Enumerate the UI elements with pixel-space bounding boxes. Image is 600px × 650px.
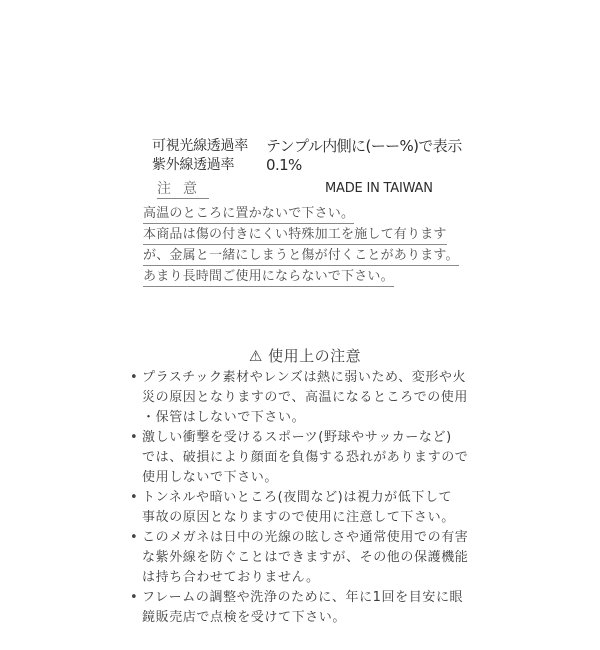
usage-warnings-title: ⚠ 使用上の注意 [130,345,480,366]
bullet-icon: • [130,488,142,528]
warning-item: • フレームの調整や洗浄のために、年に1回を目安に眼 鏡販売店で点検を受けて下さ… [130,588,480,628]
bullet-icon: • [130,428,142,488]
warning-triangle-icon: ⚠ [249,347,263,365]
caution-heading: 注意 [157,181,209,199]
caution-line: 本商品は傷の付きにくい特殊加工を施して有ります [143,225,447,245]
caution-line: あまり長時間ご使用にならないで下さい。 [143,267,394,287]
usage-warnings: ⚠ 使用上の注意 • プラスチック素材やレンズは熱に弱いため、変形や火 災の原因… [130,345,480,628]
caution-line: 高温のところに置かないで下さい。 [143,204,354,224]
bullet-icon: • [130,528,142,588]
warning-text: このメガネは日中の光線の眩しさや通常使用での有害 な紫外線を防ぐことはできますが… [142,528,468,588]
warning-text: フレームの調整や洗浄のために、年に1回を目安に眼 鏡販売店で点検を受けて下さい。 [142,588,463,628]
bullet-icon: • [130,588,142,628]
caution-notes: 高温のところに置かないで下さい。 本商品は傷の付きにくい特殊加工を施して有ります… [143,204,459,288]
warning-item: • プラスチック素材やレンズは熱に弱いため、変形や火 災の原因となりますので、高… [130,368,480,428]
warning-item: • 激しい衝撃を受けるスポーツ(野球やサッカーなど) では、破損により顔面を負傷… [130,428,480,488]
spec-row-uv: 紫外線透過率 0.1% [152,156,462,175]
spec-label: 可視光線透過率 [152,137,266,156]
spec-value: 0.1% [266,156,302,175]
warning-text: 激しい衝撃を受けるスポーツ(野球やサッカーなど) では、破損により顔面を負傷する… [142,428,468,488]
spec-value: テンプル内側に(ーー%)で表示 [266,137,462,156]
spec-row-visible-light: 可視光線透過率 テンプル内側に(ーー%)で表示 [152,137,462,156]
warning-item: • トンネルや暗いところ(夜間など)は視力が低下して 事故の原因となりますので使… [130,488,480,528]
made-in-label: MADE IN TAIWAN [325,181,433,196]
warning-item: • このメガネは日中の光線の眩しさや通常使用での有害 な紫外線を防ぐことはできま… [130,528,480,588]
bullet-icon: • [130,368,142,428]
warning-text: プラスチック素材やレンズは熱に弱いため、変形や火 災の原因となりますので、高温に… [142,368,468,428]
spec-label: 紫外線透過率 [152,156,266,175]
caution-line: が、金属と一緒にしまうと傷が付くことがあります。 [143,246,459,266]
usage-warnings-title-text: 使用上の注意 [268,347,361,365]
spec-table: 可視光線透過率 テンプル内側に(ーー%)で表示 紫外線透過率 0.1% [152,137,462,175]
warning-text: トンネルや暗いところ(夜間など)は視力が低下して 事故の原因となりますので使用に… [142,488,455,528]
